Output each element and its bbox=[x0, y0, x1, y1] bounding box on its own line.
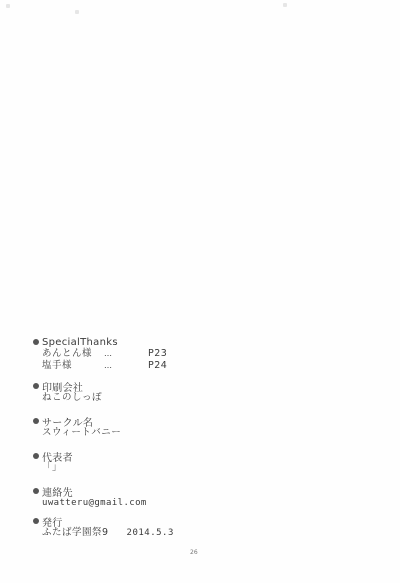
contact-email: uwatteru@gmail.com bbox=[42, 497, 147, 509]
bullet-icon bbox=[33, 453, 39, 459]
circle-section: サークル名 スウィートバニー bbox=[33, 415, 121, 439]
leader-dots: … bbox=[104, 348, 148, 360]
thanks-page: P23 bbox=[148, 348, 178, 360]
circle-name: スウィートバニー bbox=[42, 427, 121, 439]
bullet-icon bbox=[33, 383, 39, 389]
bullet-icon bbox=[33, 518, 39, 524]
scan-speck bbox=[75, 10, 79, 14]
scan-speck bbox=[6, 4, 10, 8]
thanks-name: 塩手様 bbox=[42, 360, 104, 372]
scan-speck bbox=[283, 3, 287, 7]
colophon-page: SpecialThanks あんとん様 … P23 塩手様 … P24 印刷会社… bbox=[0, 0, 400, 583]
event-name: ふたば学園祭9 bbox=[42, 527, 109, 539]
thanks-name: あんとん様 bbox=[42, 348, 104, 360]
printer-section: 印刷会社 ねこのしっぽ bbox=[33, 380, 102, 404]
publication-date: 2014.5.3 bbox=[127, 527, 174, 539]
contact-section: 連絡先 uwatteru@gmail.com bbox=[33, 485, 147, 509]
special-thanks-section: SpecialThanks あんとん様 … P23 塩手様 … P24 bbox=[33, 336, 178, 372]
thanks-page: P24 bbox=[148, 360, 178, 372]
bullet-icon bbox=[33, 339, 39, 345]
thanks-row: 塩手様 … P24 bbox=[42, 360, 178, 372]
bullet-icon bbox=[33, 488, 39, 494]
leader-dots: … bbox=[104, 360, 148, 372]
publication-section: 発行 ふたば学園祭9 2014.5.3 bbox=[33, 515, 174, 539]
printer-name: ねこのしっぽ bbox=[42, 392, 102, 404]
section-heading: SpecialThanks bbox=[42, 337, 118, 348]
representative-section: 代表者 「」 bbox=[33, 450, 73, 474]
thanks-row: あんとん様 … P23 bbox=[42, 348, 178, 360]
bullet-icon bbox=[33, 418, 39, 424]
page-number: 26 bbox=[190, 549, 198, 556]
representative-name: 「」 bbox=[42, 462, 62, 474]
